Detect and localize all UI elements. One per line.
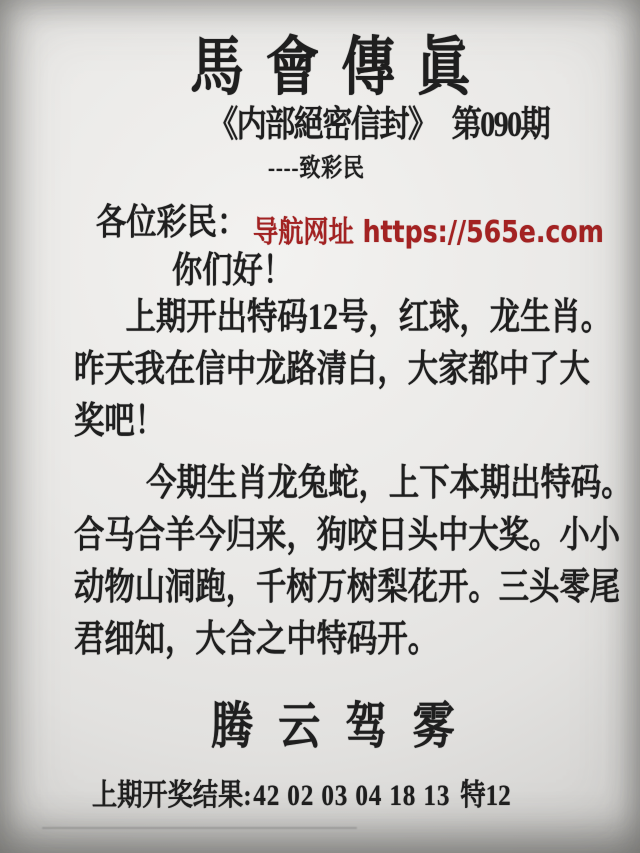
greeting: 你们好！ bbox=[172, 242, 293, 293]
fax-title: 馬會傳眞 bbox=[190, 16, 492, 108]
paragraph-line: 合马合羊今归来，狗咬日头中大奖。小小 bbox=[74, 510, 632, 562]
paragraph-line: 今期生肖龙兔蛇，上下本期出特码。 bbox=[74, 458, 632, 510]
paragraph-line: 上期开出特码12号，红球，龙生肖。 bbox=[74, 292, 611, 344]
letter-content: 馬會傳眞 《内部絕密信封》第090期 ----致彩民 各位彩民： 导航网址 ht… bbox=[0, 0, 640, 853]
paragraph-last-draw: 上期开出特码12号，红球，龙生肖。 昨天我在信中龙路清白，大家都中了大 奖吧！ bbox=[74, 292, 611, 448]
paragraph-line: 动物山洞跑，千树万树梨花开。三头零尾 bbox=[74, 562, 632, 614]
paragraph-line: 昨天我在信中龙路清白，大家都中了大 bbox=[74, 344, 611, 396]
paragraph-current-tips: 今期生肖龙兔蛇，上下本期出特码。 合马合羊今归来，狗咬日头中大奖。小小 动物山洞… bbox=[74, 458, 632, 666]
paragraph-line: 君细知，大合之中特码开。 bbox=[74, 614, 632, 666]
paragraph-line: 奖吧！ bbox=[74, 396, 611, 448]
salutation: 各位彩民： bbox=[96, 194, 247, 245]
envelope-label: 《内部絕密信封》 bbox=[208, 104, 436, 144]
fax-letter-photo: 馬會傳眞 《内部絕密信封》第090期 ----致彩民 各位彩民： 导航网址 ht… bbox=[0, 0, 640, 853]
result-label: 上期开奖结果: bbox=[92, 779, 252, 812]
signature-idiom: 腾云驾雾 bbox=[211, 686, 480, 758]
paper-crease bbox=[42, 827, 357, 829]
last-draw-results: 上期开奖结果:42 02 03 04 18 13特12 bbox=[92, 770, 511, 814]
issue-line: 《内部絕密信封》第090期 bbox=[208, 96, 549, 147]
watermark-site-url: 导航网址 https://565e.com bbox=[253, 207, 604, 251]
result-special-number: 特12 bbox=[460, 779, 510, 812]
dedication-line: ----致彩民 bbox=[268, 148, 365, 184]
issue-number: 第090期 bbox=[452, 104, 549, 144]
result-numbers: 42 02 03 04 18 13 bbox=[253, 779, 450, 812]
